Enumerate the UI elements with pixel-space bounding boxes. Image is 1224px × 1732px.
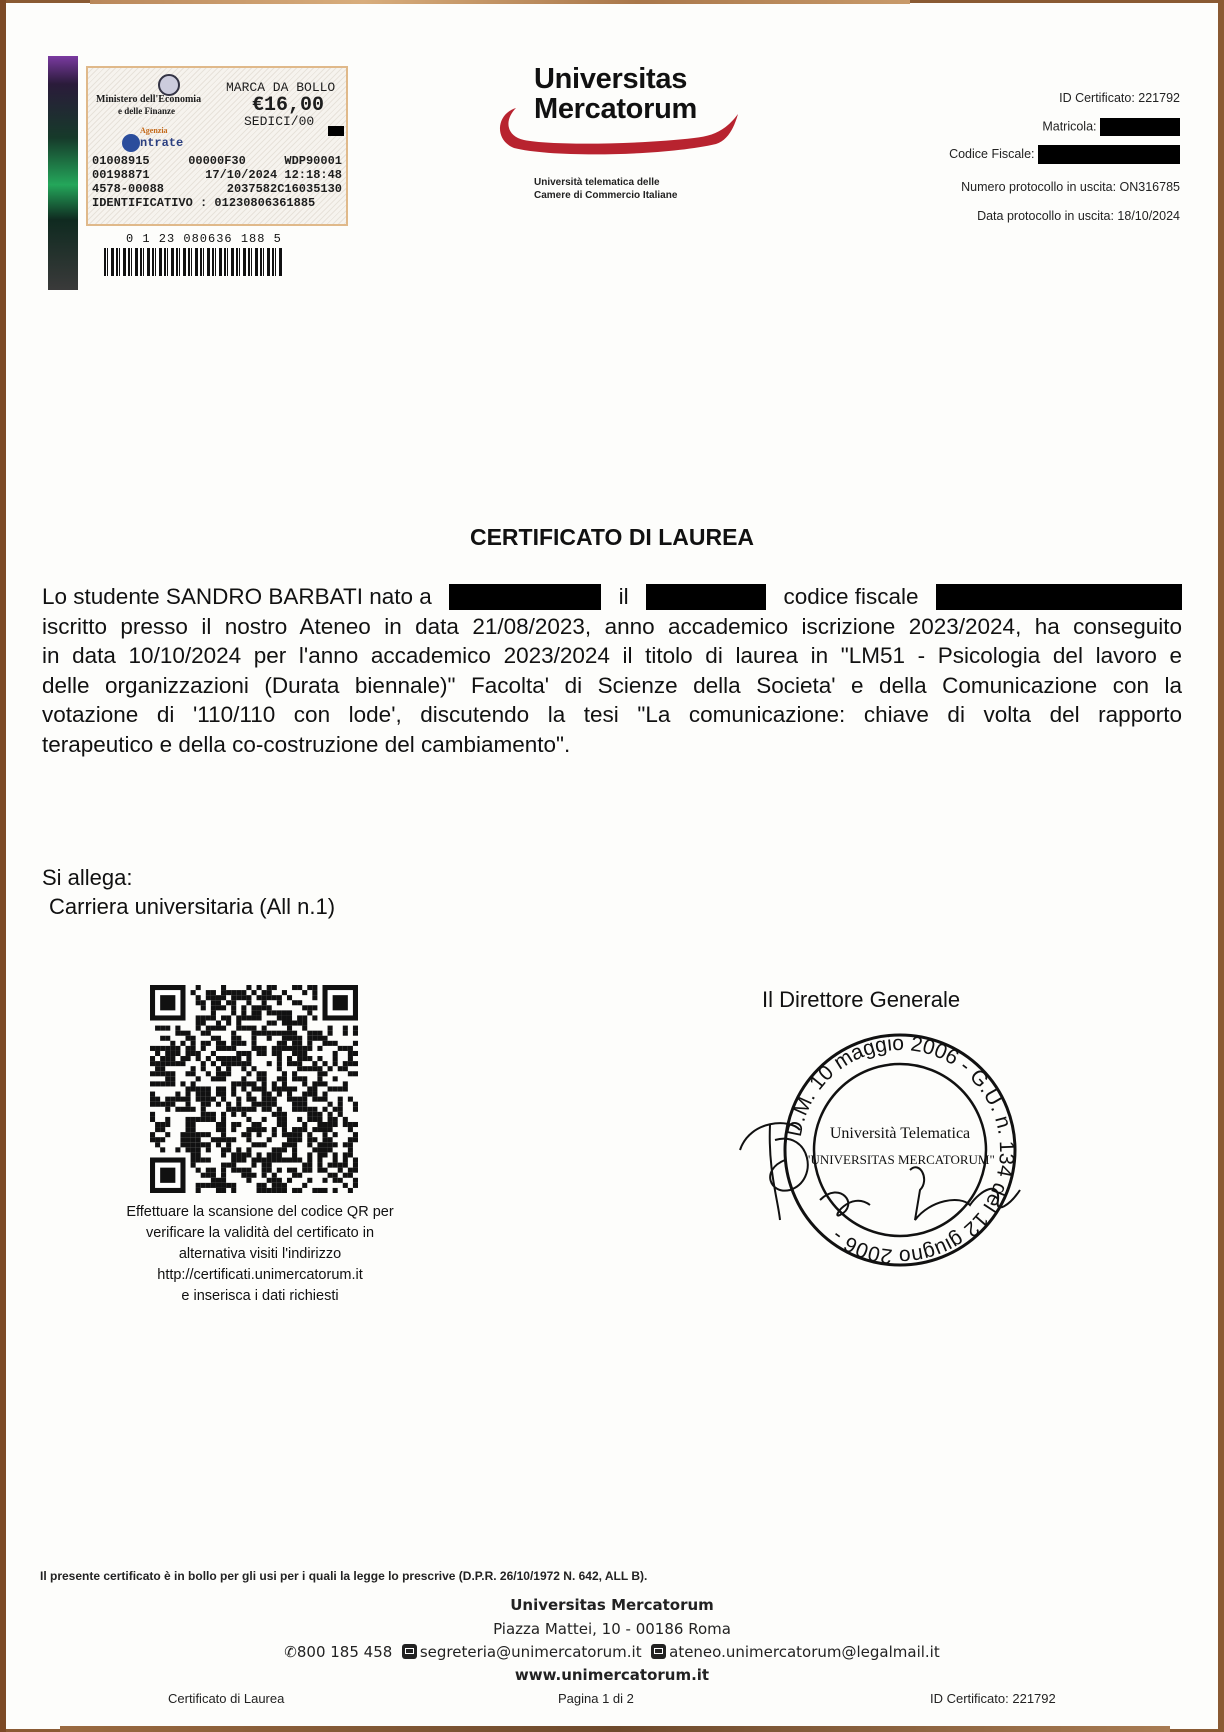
matricola-redacted xyxy=(1100,118,1180,136)
stamp-row-3: 4578-000882037582C16035130 xyxy=(92,182,342,196)
footer-phone[interactable]: 800 185 458 xyxy=(297,1643,392,1661)
stamp-datetime: 17/10/2024 12:18:48 xyxy=(205,168,342,182)
stamp-amount-words: SEDICI/00 xyxy=(244,114,314,129)
logo-subtitle-1: Università telematica delle xyxy=(534,176,660,189)
legal-note: Il presente certificato è in bollo per g… xyxy=(40,1569,647,1583)
body-text: il xyxy=(619,582,629,612)
document-title: CERTIFICATO DI LAUREA xyxy=(0,524,1224,551)
logo-line-1: Universitas xyxy=(534,64,687,94)
birthplace-redacted xyxy=(449,584,601,610)
body-line-4: delle organizzazioni (Durata biennale)" … xyxy=(42,671,1182,701)
stamp-code: 00198871 xyxy=(92,168,150,182)
footer-address: Piazza Mattei, 10 - 00186 Roma xyxy=(0,1620,1224,1638)
svg-text:Università Telematica: Università Telematica xyxy=(830,1125,970,1142)
background-top-edge xyxy=(90,0,910,4)
verification-url[interactable]: http://certificati.unimercatorum.it xyxy=(80,1265,440,1286)
official-seal-icon: D.M. 10 maggio 2006 - G.U. n. 134 del 12… xyxy=(730,1030,1030,1270)
stamp-code: 00000F30 xyxy=(188,154,246,168)
stamp-identificativo: IDENTIFICATIVO : 01230806361885 xyxy=(92,196,315,210)
body-text: Lo studente SANDRO BARBATI nato a xyxy=(42,582,432,612)
stamp-row-2: 0019887117/10/2024 12:18:48 xyxy=(92,168,342,182)
stamp-issuer-2: e delle Finanze xyxy=(118,106,175,116)
codice-fiscale-redacted xyxy=(1038,145,1180,164)
stamp-barcode-number: 0 1 23 080636 188 5 xyxy=(126,232,282,246)
body-line-1: Lo studente SANDRO BARBATI nato a il cod… xyxy=(42,582,1182,612)
stamp-code: 4578-00088 xyxy=(92,182,164,196)
stamp-agency-bottom: ntrate xyxy=(140,136,183,150)
footer-email-1[interactable]: segreteria@unimercatorum.it xyxy=(420,1643,642,1661)
codice-fiscale-label: Codice Fiscale: xyxy=(949,147,1034,161)
qr-caption-line: Effettuare la scansione del codice QR pe… xyxy=(80,1202,440,1223)
footer-email-2[interactable]: ateneo.unimercatorum@legalmail.it xyxy=(669,1643,940,1661)
attachment-item: Carriera universitaria (All n.1) xyxy=(49,894,335,920)
stamp-code: 2037582C16035130 xyxy=(227,182,342,196)
body-text: codice fiscale xyxy=(783,582,918,612)
email-icon xyxy=(651,1644,666,1659)
numero-protocollo: Numero protocollo in uscita: ON316785 xyxy=(961,180,1180,194)
footer-page-number: Pagina 1 di 2 xyxy=(558,1691,634,1706)
svg-text:"UNIVERSITAS MERCATORUM": "UNIVERSITAS MERCATORUM" xyxy=(805,1152,995,1167)
id-certificato: ID Certificato: 221792 xyxy=(1059,91,1180,105)
footer-doc-name: Certificato di Laurea xyxy=(168,1691,284,1706)
agenzia-entrate-logo-icon xyxy=(122,134,140,152)
qr-caption: Effettuare la scansione del codice QR pe… xyxy=(80,1202,440,1307)
stamp-label: MARCA DA BOLLO xyxy=(226,80,335,95)
phone-icon: ✆ xyxy=(284,1643,297,1661)
verification-qr-code[interactable] xyxy=(150,985,358,1193)
body-line-2: iscritto presso il nostro Ateneo in data… xyxy=(42,612,1182,642)
body-line-5: votazione di '110/110 con lode', discute… xyxy=(42,700,1182,730)
birthdate-redacted xyxy=(646,584,766,610)
codice-fiscale-row: Codice Fiscale: xyxy=(949,145,1180,164)
republic-emblem-icon xyxy=(158,74,180,96)
footer-website[interactable]: www.unimercatorum.it xyxy=(0,1666,1224,1684)
signatory-role: Il Direttore Generale xyxy=(762,987,960,1013)
stamp-agency-top: Agenzia xyxy=(140,126,168,135)
background-bottom-edge xyxy=(60,1726,1170,1732)
body-line-6: terapeutico e della co-costruzione del c… xyxy=(42,730,1182,760)
stamp-row-1: 0100891500000F30WDP90001 xyxy=(92,154,342,168)
matricola-row: Matricola: xyxy=(1042,118,1180,136)
attachments-label: Si allega: xyxy=(42,865,133,891)
qr-caption-line: verificare la validità del certificato i… xyxy=(80,1223,440,1244)
stamp-issuer-1: Ministero dell'Economia xyxy=(96,94,201,105)
footer-org-name: Universitas Mercatorum xyxy=(0,1596,1224,1614)
matricola-label: Matricola: xyxy=(1042,119,1096,133)
data-protocollo: Data protocollo in uscita: 18/10/2024 xyxy=(977,209,1180,223)
revenue-stamp: Ministero dell'Economia e delle Finanze … xyxy=(86,66,348,226)
logo-subtitle-2: Camere di Commercio Italiane xyxy=(534,189,677,202)
footer-id-certificato: ID Certificato: 221792 xyxy=(930,1691,1056,1706)
qr-caption-line: e inserisca i dati richiesti xyxy=(80,1286,440,1307)
stamp-barcode xyxy=(104,248,284,276)
footer-contacts: ✆800 185 458 segreteria@unimercatorum.it… xyxy=(0,1643,1224,1661)
hologram-strip xyxy=(48,56,78,290)
codice-fiscale-body-redacted xyxy=(936,584,1182,610)
stamp-code: 01008915 xyxy=(92,154,150,168)
certificate-body: Lo studente SANDRO BARBATI nato a il cod… xyxy=(42,582,1182,759)
stamp-redaction xyxy=(328,126,344,136)
body-line-3: in data 10/10/2024 per l'anno accademico… xyxy=(42,641,1182,671)
qr-caption-line: alternativa visiti l'indirizzo xyxy=(80,1244,440,1265)
email-icon xyxy=(402,1644,417,1659)
stamp-code: WDP90001 xyxy=(284,154,342,168)
logo-line-2: Mercatorum xyxy=(534,94,697,124)
